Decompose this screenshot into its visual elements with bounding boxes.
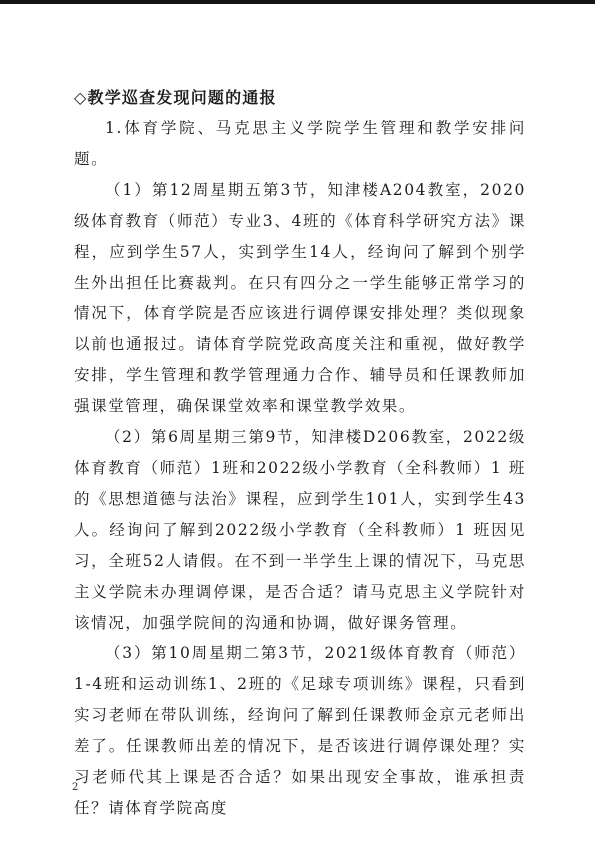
- section-heading: ◇教学巡查发现问题的通报: [74, 82, 526, 113]
- page-number: 2: [72, 782, 78, 793]
- paragraph-item-2: （2）第6周星期三第9节，知津楼D206教室，2022级体育教育（师范）1班和2…: [74, 422, 526, 638]
- paragraph-item-3: （3）第10周星期二第3节，2021级体育教育（师范）1-4班和运动训练1、2班…: [74, 638, 526, 823]
- paragraph-item-1: （1）第12周星期五第3节，知津楼A204教室，2020级体育教育（师范）专业3…: [74, 175, 526, 422]
- page-top-edge-bar: [0, 0, 595, 4]
- document-page: ◇教学巡查发现问题的通报 1.体育学院、马克思主义学院学生管理和教学安排问题。 …: [0, 0, 595, 841]
- paragraph-issue-summary: 1.体育学院、马克思主义学院学生管理和教学安排问题。: [74, 113, 526, 175]
- document-body: ◇教学巡查发现问题的通报 1.体育学院、马克思主义学院学生管理和教学安排问题。 …: [74, 82, 526, 824]
